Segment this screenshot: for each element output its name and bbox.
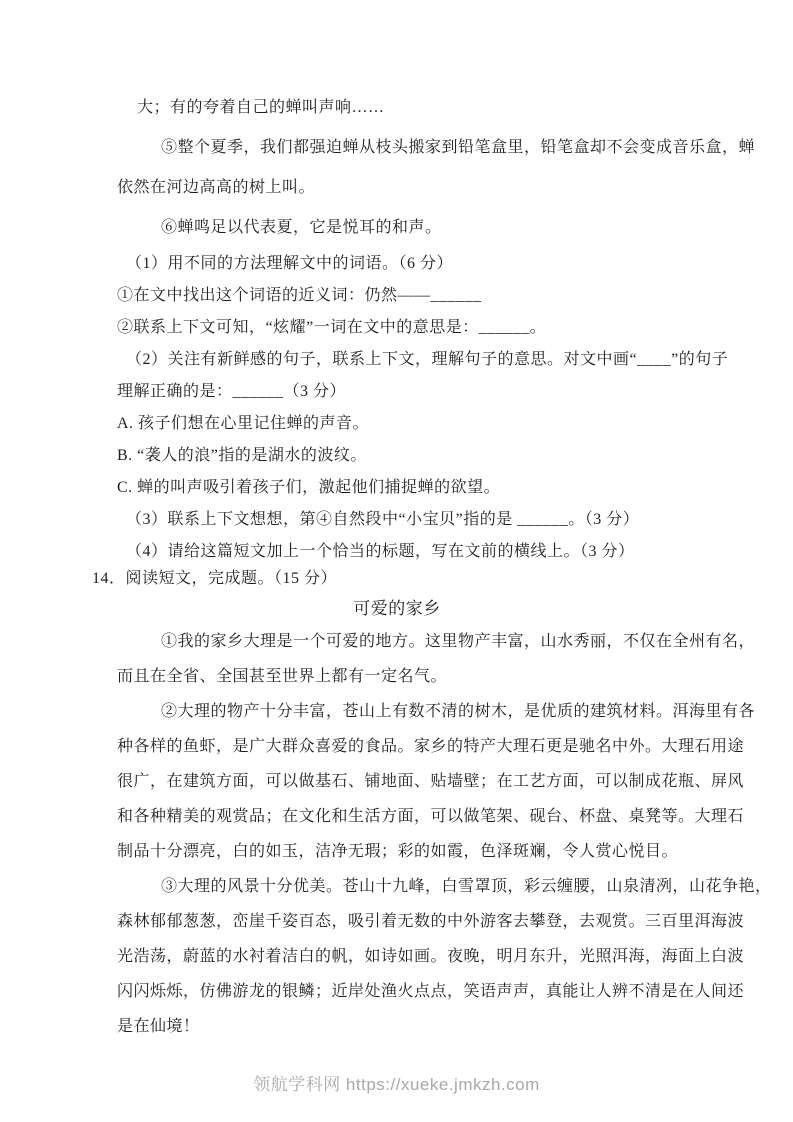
questions-section: （1）用不同的方法理解文中的词语。（6 分）①在文中找出这个词语的近义词：仍然—… [117,248,697,568]
text-line: 理解正确的是：______（3 分） [117,376,697,408]
passage-top-section: 大；有的夸着自己的蝉叫声响……⑤整个夏季，我们都强迫蝉从枝头搬家到铅笔盒里，铅笔… [117,88,697,248]
text-line: 14．阅读短文，完成题。（15 分） [92,564,697,594]
text-line: 很广，在建筑方面，可以做基石、铺地面、贴墙壁；在工艺方面，可以制成花瓶、屏风 [117,764,697,799]
watermark: 领航学科网 https://xueke.jmkzh.com [0,1070,793,1095]
text-line: ②大理的物产十分丰富，苍山上有数不清的树木，是优质的建筑材料。洱海里有各 [117,694,697,729]
passage-2-section: ①我的家乡大理是一个可爱的地方。这里物产丰富，山水秀丽，不仅在全州有名，而且在全… [117,624,697,1044]
passage-title: 可爱的家乡 [97,594,697,624]
text-line: 而且在全省、全国甚至世界上都有一定名气。 [117,659,697,694]
text-line: ①我的家乡大理是一个可爱的地方。这里物产丰富，山水秀丽，不仅在全州有名， [117,624,697,659]
text-line: B. “袭人的浪”指的是湖水的波纹。 [117,440,697,472]
text-line: 森林郁郁葱葱，峦崖千姿百态，吸引着无数的中外游客去攀登，去观赏。三百里洱海波 [117,904,697,939]
text-line: C. 蝉的叫声吸引着孩子们，激起他们捕捉蝉的欲望。 [117,472,697,504]
text-line: 和各种精美的观赏品；在文化和生活方面，可以做笔架、砚台、杯盘、桌凳等。大理石 [117,799,697,834]
text-line: 依然在河边高高的树上叫。 [117,168,697,208]
text-line: 闪闪烁烁，仿佛游龙的银鳞；近岸处渔火点点，笑语声声，真能让人辨不清是在人间还 [117,974,697,1009]
text-line: ⑥蝉鸣足以代表夏，它是悦耳的和声。 [117,208,697,248]
text-line: 大；有的夸着自己的蝉叫声响…… [117,88,697,128]
text-line: 制品十分漂亮，白的如玉，洁净无瑕；彩的如霞，色泽斑斓，令人赏心悦目。 [117,834,697,869]
page-content: 大；有的夸着自己的蝉叫声响……⑤整个夏季，我们都强迫蝉从枝头搬家到铅笔盒里，铅笔… [117,88,697,1044]
exam-page: 大；有的夸着自己的蝉叫声响……⑤整个夏季，我们都强迫蝉从枝头搬家到铅笔盒里，铅笔… [0,0,793,1122]
text-line: ①在文中找出这个词语的近义词：仍然——______ [117,280,697,312]
text-line: （3）联系上下文想想，第④自然段中“小宝贝”指的是 ______。（3 分） [117,504,697,536]
text-line: （1）用不同的方法理解文中的词语。（6 分） [117,248,697,280]
text-line: ②联系上下文可知，“炫耀”一词在文中的意思是：______。 [117,312,697,344]
text-line: 是在仙境！ [117,1009,697,1044]
question-14-section: 14．阅读短文，完成题。（15 分）可爱的家乡 [117,564,697,624]
text-line: ⑤整个夏季，我们都强迫蝉从枝头搬家到铅笔盒里，铅笔盒却不会变成音乐盒，蝉 [117,128,697,168]
text-line: ③大理的风景十分优美。苍山十九峰，白雪罩顶，彩云缠腰，山泉清冽，山花争艳， [117,869,697,904]
text-line: 种各样的鱼虾，是广大群众喜爱的食品。家乡的特产大理石更是驰名中外。大理石用途 [117,729,697,764]
text-line: （2）关注有新鲜感的句子，联系上下文，理解句子的意思。对文中画“____”的句子 [117,344,697,376]
text-line: A. 孩子们想在心里记住蝉的声音。 [117,408,697,440]
text-line: 光浩荡，蔚蓝的水衬着洁白的帆，如诗如画。夜晚，明月东升，光照洱海，海面上白波 [117,939,697,974]
